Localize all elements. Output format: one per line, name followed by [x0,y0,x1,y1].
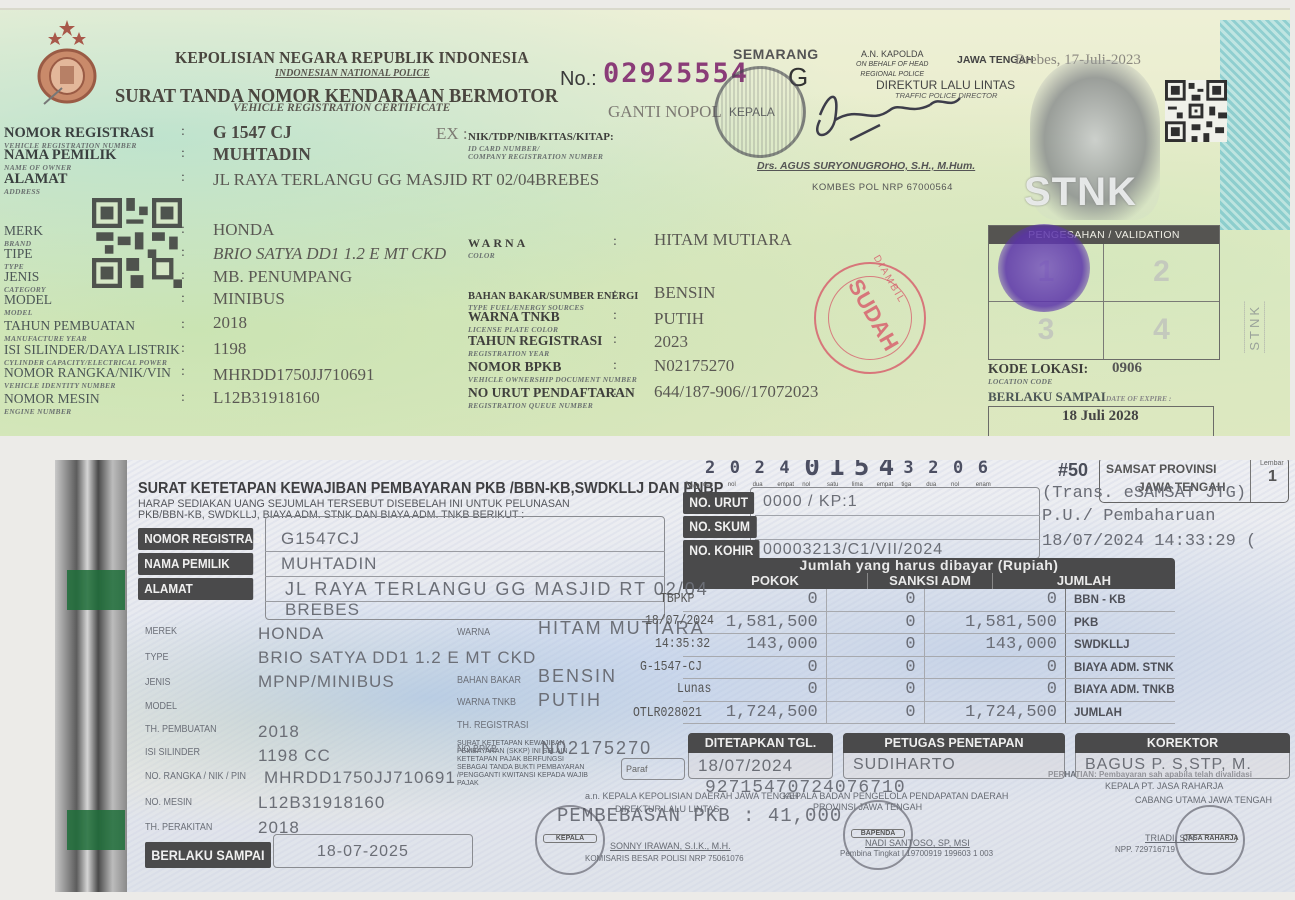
colon: : [181,364,185,380]
field-value: MHRDD1750JJ710691 [213,365,375,385]
signatory-title2: PROVINSI JAWA TENGAH [813,802,922,812]
vehicle-label: TH. PEMBUATAN [145,724,217,735]
vehicle-value: BRIO SATYA DD1 1.2 E MT CKD [258,648,536,668]
label-text: NAMA PEMILIK [4,147,116,163]
field-value: 2023 [654,332,688,352]
legal-note-line: SEBAGAI TANDA BUKTI PEMBAYARAN [457,764,605,772]
cell-item: BBN - KB [1066,589,1175,611]
ref-label: NO. URUT [683,492,754,514]
col-pokok: POKOK [683,573,868,589]
legal-note-line: /PENGGANTI KWITANSI KEPADA WAJIB [457,772,605,780]
official-stamp: KEPALA [535,805,605,875]
nik-label-text: NIK/TDP/NIB/KITAS/KITAP: [468,131,614,143]
field-value: 1198 [213,339,246,359]
cell-jumlah: 0 [925,679,1066,701]
cell-sanksi: 0 [827,702,925,724]
validation-cell-4: 4 [1104,302,1219,360]
skkp-expiry-label: BERLAKU SAMPAI [145,842,271,868]
cell-item: BIAYA ADM. STNK [1066,657,1175,679]
doc-digit: 5 [854,460,870,482]
label-text: NO URUT PENDAFTARAN [468,385,635,400]
doc-digit: 1 [829,460,845,482]
doc-digit: 2 [928,460,938,478]
validation-cell-2: 2 [1104,244,1219,302]
field-value: MINIBUS [213,289,285,309]
colon: : [613,286,617,302]
police-emblem-icon [22,18,112,108]
vehicle-label: TYPE [145,652,169,663]
vehicle-label: NO.BPKB [457,744,497,755]
field-label: WARNACOLOR [468,234,528,260]
doc-digit: 4 [779,460,789,478]
print-stamp-line: OTLR028021 [633,706,702,721]
print-stamp-line: Lunas [677,682,711,697]
lembar-label: Lembar [1260,460,1284,467]
field-value: PUTIH [654,309,704,329]
paraf-label: Paraf [626,764,648,774]
colon: : [613,332,617,348]
signatory-id: NPP. 729716719 [1115,845,1175,854]
doc-digit-word: dua [926,482,936,488]
cell-jumlah: 0 [925,589,1066,611]
col-sanksi: SANKSI ADM [868,573,993,589]
trans-info-line: P.U./ Pembaharuan [1042,507,1215,526]
label-en-text: ADDRESS [4,188,67,196]
field-value: MB. PENUMPANG [213,267,352,287]
trans-info-line: 18/07/2024 14:33:29 ( [1042,532,1256,551]
cell-item: SWDKLLJ [1066,634,1175,656]
field-label: NOMOR RANGKA/NIK/VINVEHICLE IDENTITY NUM… [4,364,171,390]
colon: : [181,146,185,162]
ref-value: 0000 / KP:1 [763,493,858,511]
vehicle-value: BENSIN [538,666,617,687]
ex-label: EX : [436,124,468,144]
field-label: NO URUT PENDAFTARANREGISTRATION QUEUE NU… [468,384,635,410]
label-text: ISI SILINDER/DAYA LISTRIK [4,342,180,357]
document-title-en: VEHICLE REGISTRATION CERTIFICATE [233,102,450,114]
hologram-text: STNK [1024,170,1137,215]
colon: : [613,308,617,324]
label-text: MERK [4,223,43,238]
print-stamp-line: G-1547-CJ [640,660,702,675]
colon: : [613,234,617,250]
colon: : [181,291,185,307]
doc-digit: 2 [755,460,765,478]
an-kapolda: A.N. KAPOLDA [861,49,924,59]
table-row: 000BIAYA ADM. TNKB [683,679,1175,702]
table-row: 1,724,50001,724,500JUMLAH [683,702,1175,725]
agency-name-en: INDONESIAN NATIONAL POLICE [275,68,430,79]
validation-stamp [998,224,1090,312]
doc-digit-word: empat [877,482,894,488]
vehicle-value: 2018 [258,722,300,742]
signatory-name: NADI SANTOSO, SP, MSI [865,838,970,848]
col-jumlah: JUMLAH [993,573,1175,589]
label-en-text: ENGINE NUMBER [4,408,100,416]
doc-no-prefix: No. [685,480,703,492]
colon: : [181,245,185,261]
colon: : [613,358,617,374]
signatory-name: SONNY IRAWAN, S.I.K., M.H. [610,841,731,851]
print-stamp-line: TBPKP [660,592,694,607]
vehicle-label: WARNA TNKB [457,697,516,708]
doc-digit: 0 [953,460,963,478]
label-en-text: MODEL [4,309,52,317]
skkp-payment-slip: SURAT KETETAPAN KEWAJIBAN PEMBAYARAN PKB… [55,460,1295,892]
vehicle-label: ISI SILINDER [145,747,200,758]
cell-sanksi: 0 [827,634,925,656]
vehicle-label: NO. MESIN [145,797,192,808]
issuing-city: SEMARANG [733,46,819,62]
doc-digit-word: dua [753,482,763,488]
vehicle-value: 2018 [258,818,300,838]
owner-value: G1547CJ [281,529,360,549]
label-text: WARNA [468,236,528,250]
assessment-label: KOREKTOR [1075,733,1290,753]
stnk-card: KEPOLISIAN NEGARA REPUBLIK INDONESIA IND… [0,8,1290,436]
vehicle-value: PUTIH [538,690,602,711]
assessment-value: SUDIHARTO [853,756,956,774]
divider [265,551,665,552]
table-row: 1,581,50001,581,500PKB [683,612,1175,635]
vehicle-label: WARNA [457,627,490,638]
signature-icon [790,80,990,150]
cell-item: PKB [1066,612,1175,634]
label-text: NOMOR RANGKA/NIK/VIN [4,365,171,380]
ref-value: 00003213/C1/VII/2024 [763,541,943,559]
qr-code-icon [92,198,182,288]
field-label: TAHUN REGISTRASIREGISTRATION YEAR [468,332,602,358]
field-value: N02175270 [654,356,734,376]
vehicle-value: 1198 CC [258,746,331,766]
field-label: TAHUN PEMBUATANMANUFACTURE YEAR [4,317,135,343]
label-text: NOMOR MESIN [4,391,100,406]
doc-digit: 2 [705,460,715,478]
label-en-text: REGISTRATION QUEUE NUMBER [468,402,635,410]
qr-code-icon [1165,80,1227,142]
doc-digit: 3 [903,460,913,478]
table-row: 143,0000143,000SWDKLLJ [683,634,1175,657]
location-label-en: LOCATION CODE [988,378,1088,386]
colon: : [181,124,185,140]
doc-digit-word: satu [827,482,838,488]
colon: : [613,384,617,400]
vehicle-value: HONDA [258,624,324,644]
assessment-label: DITETAPKAN TGL. [688,733,833,753]
trans-info-line: (Trans. eSAMSAT JTG) [1042,484,1246,503]
doc-digit-word: tiga [901,482,911,488]
divider [265,576,665,577]
colon: : [181,317,185,333]
label-en-text: REGISTRATION YEAR [468,350,602,358]
vehicle-label: JENIS [145,677,171,688]
signer-rank: KOMBES POL NRP 67000564 [812,182,953,193]
location-label: KODE LOKASI: [988,361,1088,376]
expiry-date: 18 Juli 2028 [1062,408,1139,425]
vehicle-value: MPNP/MINIBUS [258,672,395,692]
vehicle-label: NO. RANGKA / NIK / PIN [145,771,246,782]
location-code-label: KODE LOKASI: LOCATION CODE [988,360,1088,386]
agency-name: KEPOLISIAN NEGARA REPUBLIK INDONESIA [175,48,529,68]
stamp-text: KEPALA [729,105,775,119]
doc-digit-word: nol [951,482,959,488]
doc-digit: 0 [730,460,740,478]
signatory-name: TRIADI, S.H [1145,833,1195,843]
label-text: TIPE [4,246,33,261]
divider [755,539,1040,540]
owner-label: ALAMAT [138,578,253,600]
field-value: L12B31918160 [213,388,320,408]
field-value: JL RAYA TERLANGU GG MASJID RT 02/04BREBE… [213,170,599,190]
doc-digit-word: nol [802,482,810,488]
expiry-label-en: DATE OF EXPIRE : [1106,394,1172,403]
assessment-value: 18/07/2024 [698,756,793,776]
signatory-id: KOMISARIS BESAR POLISI NRP 75061076 [585,854,744,863]
signer-name: Drs. AGUS SURYONUGROHO, S.H., M.Hum. [757,160,975,172]
vehicle-label: TH. REGISTRASI [457,720,529,731]
an-kapolda-en1: ON BEHALF OF HEAD [856,61,928,68]
sudah-diambil-stamp: SUDAH DIAMBIL [814,262,926,374]
cell-sanksi: 0 [827,679,925,701]
nik-label: NIK/TDP/NIB/KITAS/KITAP: ID CARD NUMBER/… [468,127,614,161]
field-value: 2018 [213,313,247,333]
table-row: 000BIAYA ADM. STNK [683,657,1175,680]
on-behalf-label: A.N. KAPOLDA ON BEHALF OF HEAD REGIONAL … [856,50,928,79]
label-text: TAHUN REGISTRASI [468,333,602,348]
vehicle-label: MODEL [145,701,177,712]
doc-no-suffix: #50 [1058,460,1088,481]
cell-item: BIAYA ADM. TNKB [1066,679,1175,701]
cell-pokok: 0 [683,657,827,679]
label-text: NOMOR BPKB [468,359,561,374]
doc-digit-word: nol [728,482,736,488]
payment-table-header: Jumlah yang harus dibayar (Rupiah) POKOK… [683,558,1175,589]
serial-label: No.: [560,68,597,91]
payment-table-body: 000BBN - KB1,581,50001,581,500PKB143,000… [683,589,1175,724]
cell-jumlah: 0 [925,657,1066,679]
doc-digit-word: enam [976,482,991,488]
cell-jumlah: 1,581,500 [925,612,1066,634]
colon: : [181,170,185,186]
expiry-label-text: BERLAKU SAMPAI [988,389,1106,404]
paraf-box: Paraf [621,758,685,780]
stamp-text: BAPENDA [851,829,905,838]
label-en-text: COLOR [468,252,528,260]
doc-digit: 0 [804,460,820,482]
ref-label: NO. SKUM [683,516,756,538]
divider [755,515,1040,516]
security-foil [55,460,127,892]
cell-pokok: 1,724,500 [683,702,827,724]
label-text: TAHUN PEMBUATAN [4,318,135,333]
location-code: 0906 [1112,360,1142,377]
lembar-value: 1 [1268,468,1277,486]
cell-jumlah: 143,000 [925,634,1066,656]
assessment-label: PETUGAS PENETAPAN [843,733,1065,753]
vehicle-label: BAHAN BAKAR [457,675,521,686]
owner-value: JL RAYA TERLANGU GG MASJID RT 02/04 [285,579,709,600]
signatory-id: Pembina Tingkat I 19700919 199603 1 003 [840,849,993,858]
vehicle-value: N02175270 [541,738,652,759]
stnk-side-text: STNK [1244,302,1265,353]
label-en-text: VEHICLE OWNERSHIP DOCUMENT NUMBER [468,376,637,384]
colon: : [181,222,185,238]
print-stamp-line: 18/07/2024 [645,614,714,629]
doc-digit-word: empat [777,482,794,488]
ref-label: NO. KOHIR [683,540,760,562]
field-label: MODELMODEL [4,291,52,317]
owner-label: NOMOR REGISTRASI [138,528,253,550]
field-value: BRIO SATYA DD1 1.2 E MT CKD [213,244,446,264]
payment-table: Jumlah yang harus dibayar (Rupiah) POKOK… [683,558,1175,724]
field-value: 644/187-906//17072023 [654,382,818,402]
skkp-title: SURAT KETETAPAN KEWAJIBAN PEMBAYARAN PKB… [138,480,723,498]
vehicle-label: TH. PERAKITAN [145,822,212,833]
doc-digit: 4 [879,460,895,482]
vehicle-label: MEREK [145,626,177,637]
field-value: G 1547 CJ [213,122,292,143]
owner-label: NAMA PEMILIK [138,553,253,575]
cell-jumlah: 1,724,500 [925,702,1066,724]
owner-value: MUHTADIN [281,554,377,574]
cell-sanksi: 0 [827,612,925,634]
label-text: MODEL [4,292,52,307]
doc-digit: 6 [978,460,988,478]
field-value: MUHTADIN [213,144,311,165]
field-label: NAMA PEMILIKNAME OF OWNER [4,146,116,172]
samsat-line1: SAMSAT PROVINSI [1106,462,1216,476]
cell-sanksi: 0 [827,657,925,679]
print-stamp-line: 14:35:32 [655,637,710,652]
label-text: ALAMAT [4,171,67,187]
label-en-text: VEHICLE IDENTITY NUMBER [4,382,171,390]
field-value: BENSIN [654,283,715,303]
label-text: NOMOR REGISTRASI [4,125,154,141]
signatory-title: a.n. KEPALA KEPOLISIAN DAERAH JAWA TENGA… [585,791,799,801]
vehicle-value: L12B31918160 [258,793,385,813]
signatory-title2: DIREKTUR LALU LINTAS [615,804,719,814]
owner-address-line2: BREBES [285,600,360,620]
colon: : [181,268,185,284]
field-value: HITAM MUTIARA [654,230,792,250]
signatory-title: KEPALA PT. JASA RAHARJA [1105,781,1223,791]
stamp-text: KEPALA [543,834,597,843]
label-text: WARNA TNKB [468,309,560,324]
expiry-label: BERLAKU SAMPAIDATE OF EXPIRE : [988,389,1171,405]
doc-digit-word: lima [852,482,863,488]
field-label: NOMOR BPKBVEHICLE OWNERSHIP DOCUMENT NUM… [468,358,637,384]
field-label: NOMOR MESINENGINE NUMBER [4,390,100,416]
assessment-value: BAGUS P. S,STP, M. [1085,756,1252,774]
field-label: ALAMATADDRESS [4,170,67,196]
legal-note-line: PAJAK [457,780,605,788]
field-label: WARNA TNKBLICENSE PLATE COLOR [468,308,560,334]
colon: : [181,341,185,357]
table-row: 000BBN - KB [683,589,1175,612]
signatory-title2: CABANG UTAMA JAWA TENGAH [1135,795,1272,805]
vehicle-value: MHRDD1750JJ710691 [264,768,456,788]
signatory-title: KEPALA BADAN PENGELOLA PENDAPATAN DAERAH [783,791,1008,801]
label-text: JENIS [4,269,39,284]
colon: : [181,390,185,406]
doc-digit-word: dua [703,482,713,488]
cell-sanksi: 0 [827,589,925,611]
nik-label-en2: COMPANY REGISTRATION NUMBER [468,153,614,161]
cell-item: JUMLAH [1066,702,1175,724]
field-value: HONDA [213,220,274,240]
an-kapolda-en2: REGIONAL POLICE [860,71,924,78]
security-pattern [1220,20,1290,230]
skkp-expiry-date: 18-07-2025 [317,843,409,861]
ganti-nopol-label: GANTI NOPOL [608,102,722,122]
